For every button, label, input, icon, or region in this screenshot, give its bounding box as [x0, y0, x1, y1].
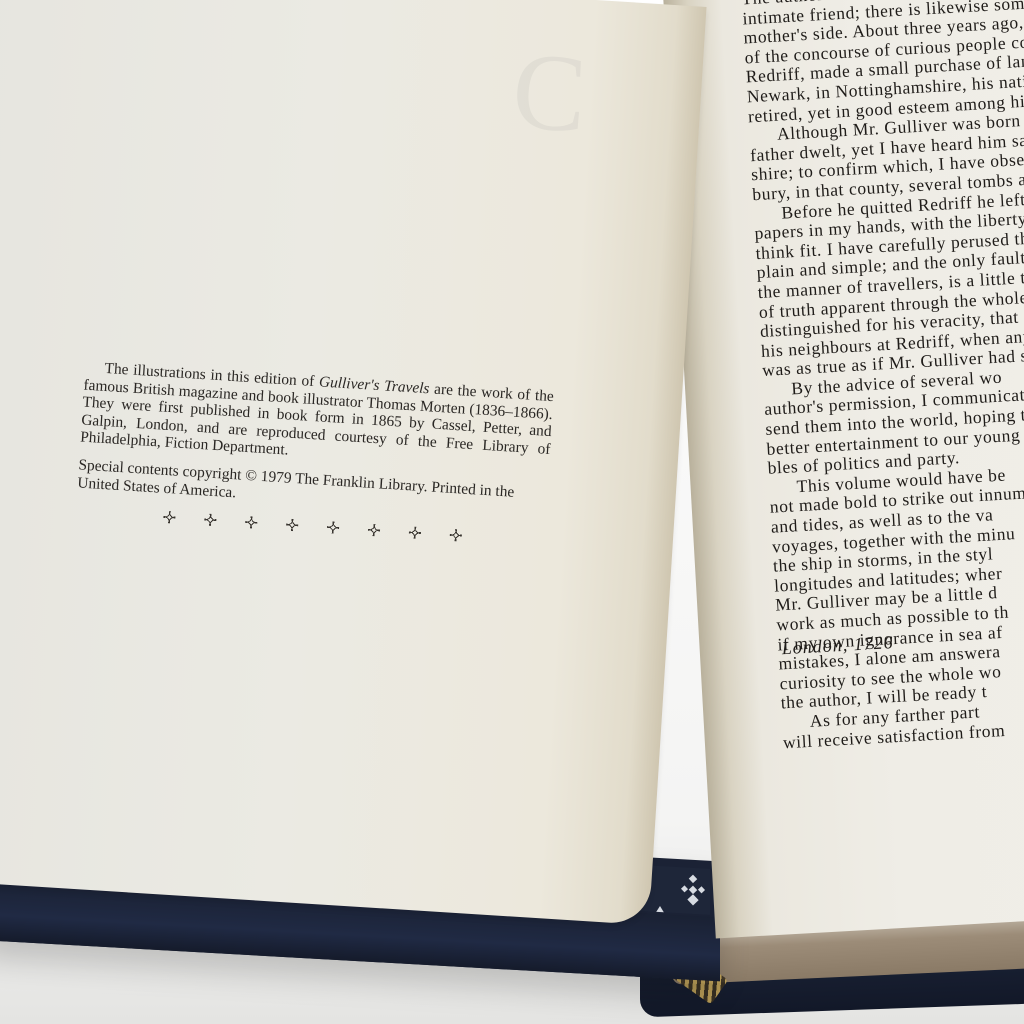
star-ornament-icon: [204, 514, 217, 527]
star-ornament-icon: [245, 516, 258, 529]
diamond-motif-icon: [682, 875, 704, 906]
illustration-credit: The illustrations in this edition of Gul…: [80, 359, 555, 476]
star-ornament-icon: [286, 519, 299, 532]
left-page: C The illustrations in this edition of G…: [0, 0, 707, 925]
show-through-glyph: C: [509, 35, 589, 149]
right-page: The author ... there is likewise some ti…: [660, 0, 1024, 938]
book-photo: The author ... there is likewise some ti…: [0, 0, 1024, 1024]
star-ornament-icon: [409, 526, 422, 539]
star-ornament-icon: [327, 521, 340, 534]
star-ornament-icon: [368, 524, 381, 537]
colophon: The illustrations in this edition of Gul…: [75, 359, 554, 547]
star-ornament-icon: [163, 511, 176, 524]
star-ornament-icon: [449, 529, 462, 542]
